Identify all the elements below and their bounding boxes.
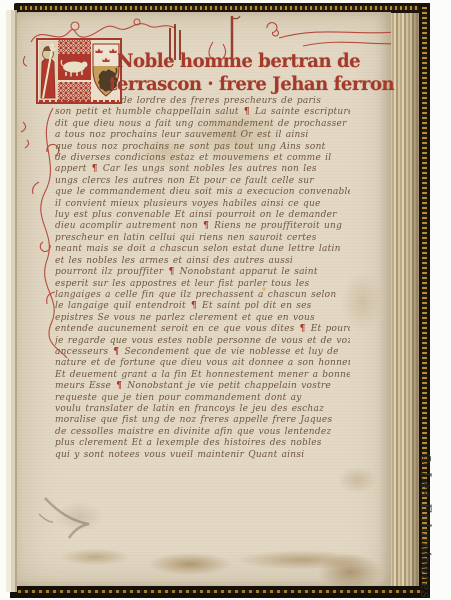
- manuscript-line: luy est plus convenable Et ainsi pourroi…: [55, 210, 350, 221]
- manuscript-text-block: de lordre des freres prescheurs de paris…: [55, 96, 350, 461]
- manuscript-line: et les nobles les armes et ainsi des aut…: [55, 256, 350, 267]
- gold-tooling-top: [20, 6, 426, 10]
- manuscript-line: dieu acomplir autrement non ¶ Riens ne p…: [55, 221, 350, 232]
- binding-bottom-edge: [10, 586, 430, 598]
- manuscript-line: moralise que fist ung de noz freres appe…: [55, 415, 350, 426]
- paraph-mark: ¶: [299, 324, 307, 334]
- manuscript-line: entende aucunement seroit en ce que vous…: [55, 324, 350, 335]
- manuscript-line: nature et de fortune que dieu vous ait d…: [55, 358, 350, 369]
- paraph-mark: ¶: [168, 267, 176, 277]
- manuscript-line: dit que dieu nous a fait ung commandemen…: [55, 119, 350, 130]
- photo-credit: © Les Enluminures: [417, 452, 433, 599]
- manuscript-line: plus clerement Et a lexemple des histoir…: [55, 438, 350, 449]
- manuscript-line: je regarde que vous estes noble personne…: [55, 336, 350, 347]
- manuscript-line: requeste que je tien pour commandement d…: [55, 393, 350, 404]
- manuscript-line: prescheur en latin cellui qui riens nen …: [55, 233, 350, 244]
- manuscript-line: pourront ilz prouffiter ¶ Nonobstant app…: [55, 267, 350, 278]
- manuscript-line: langaiges a celle fin que ilz prechassen…: [55, 290, 350, 301]
- paraph-mark: ¶: [202, 221, 210, 231]
- paraph-mark: ¶: [243, 107, 251, 117]
- rubric-line-1: Noble homme bertran de: [117, 50, 360, 72]
- paraph-mark: ¶: [115, 381, 123, 391]
- manuscript-line: le langaige quil entendroit ¶ Et saint p…: [55, 301, 350, 312]
- manuscript-line: voulu translater de latin en francoys le…: [55, 404, 350, 415]
- manuscript-photo: Noble homme bertran de terrascon · frere…: [0, 0, 451, 600]
- gold-tooling-bottom: [18, 590, 424, 593]
- manuscript-line: que tous noz prochains ne sont pas tout …: [55, 142, 350, 153]
- manuscript-line: esperit sur les appostres et leur fist p…: [55, 279, 350, 290]
- manuscript-line: de diverses condicions estaz et mouvemen…: [55, 153, 350, 164]
- manuscript-line: son petit et humble chappellain salut ¶ …: [55, 107, 350, 118]
- manuscript-line: epistres Se vous ne parlez clerement et …: [55, 313, 350, 324]
- paraph-mark: ¶: [91, 164, 99, 174]
- page-fore-edges: [390, 13, 419, 586]
- manuscript-line: a tous noz prochains leur sauvement Or e…: [55, 130, 350, 141]
- paraph-mark: ¶: [112, 347, 120, 357]
- manuscript-line: meurs Esse ¶ Nonobstant je vie petit cha…: [55, 381, 350, 392]
- manuscript-line: de lordre des freres prescheurs de paris: [55, 96, 350, 107]
- manuscript-line: neant mais se doit a chascun selon estat…: [55, 244, 350, 255]
- rubric-line-2: terrascon · frere Jehan ferron: [109, 73, 394, 95]
- manuscript-line: Et deuement grant a la fin Et honnesteme…: [55, 370, 350, 381]
- manuscript-line: que le commandement dieu soit mis a exec…: [55, 187, 350, 198]
- facing-page-edge: [0, 10, 17, 592]
- manuscript-line: ungs clercs les autres non Et pour ce fa…: [55, 176, 350, 187]
- manuscript-line: ancesseurs ¶ Secondement que de vie nobl…: [55, 347, 350, 358]
- monk-figure: [39, 41, 58, 101]
- manuscript-line: de cessolles maistre en divinite afin qu…: [55, 427, 350, 438]
- paraph-mark: ¶: [190, 301, 198, 311]
- manuscript-line: qui y sont notees vous vueil maintenir Q…: [55, 450, 350, 461]
- parchment-crease: [37, 480, 127, 540]
- manuscript-line: appert ¶ Car les ungs sont nobles les au…: [55, 164, 350, 175]
- manuscript-page: Noble homme bertran de terrascon · frere…: [17, 12, 391, 586]
- manuscript-line: il convient mieux plusieurs voyes habile…: [55, 199, 350, 210]
